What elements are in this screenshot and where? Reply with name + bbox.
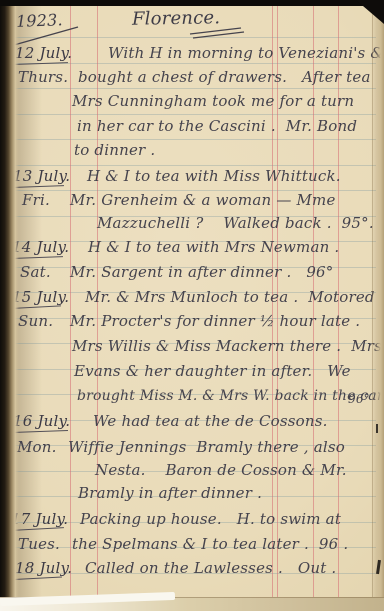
page-crease bbox=[372, 6, 373, 599]
entry-date: 12 July. bbox=[15, 44, 72, 62]
handwriting-layer: 1923. Florence. 12 July. Thurs. With H i… bbox=[0, 0, 384, 611]
page-title: Florence. bbox=[132, 9, 221, 29]
diary-photo: 1923. Florence. 12 July. Thurs. With H i… bbox=[0, 0, 384, 611]
entry-line: H & I to tea with Mrs Newman . bbox=[88, 238, 339, 256]
entry-line: Bramly in after dinner . bbox=[78, 484, 262, 502]
entry-date: 18 July. bbox=[15, 559, 72, 577]
date-underline bbox=[13, 62, 68, 65]
entry-line: Wiffie Jennings Bramly there , also bbox=[68, 438, 345, 456]
entry-line: Packing up house. H. to swim at bbox=[80, 510, 341, 528]
book-corner-top-right bbox=[356, 0, 384, 24]
binding-edge bbox=[0, 0, 19, 611]
entry-line: Mr. Grenheim & a woman — Mme bbox=[70, 191, 336, 209]
date-underline bbox=[14, 576, 62, 580]
entry-line: Mr. & Mrs Munloch to tea . Motored to bbox=[85, 288, 384, 306]
edge-ink-mark bbox=[376, 424, 378, 433]
entry-line: brought Miss M. & Mrs W. back in the car… bbox=[77, 387, 384, 405]
entry-day: Tues. bbox=[18, 535, 60, 553]
entry-date: 15 July. bbox=[12, 288, 69, 306]
date-underline bbox=[12, 185, 64, 188]
entry-line: bought a chest of drawers. After tea bbox=[78, 68, 371, 86]
entry-line: in her car to the Cascini . Mr. Bond bbox=[77, 117, 357, 135]
entry-day: Thurs. bbox=[18, 68, 68, 86]
entry-day: Mon. bbox=[17, 438, 57, 456]
entry-day: Sat. bbox=[20, 263, 51, 281]
entry-day: Fri. bbox=[22, 191, 50, 209]
entry-line: Mrs Cunningham took me for a turn bbox=[72, 92, 354, 110]
entry-line: Evans & her daughter in after. We bbox=[74, 362, 351, 380]
entry-line: Nesta. Baron de Cosson & Mr. bbox=[95, 461, 347, 479]
entry-line: the Spelmans & I to tea later . 96 . bbox=[72, 535, 348, 553]
entry-date: 14 July. bbox=[12, 238, 69, 256]
temp-annotation: 96° bbox=[348, 390, 370, 408]
entry-line: Called on the Lawlesses . Out . bbox=[85, 559, 336, 577]
entry-day: Sun. bbox=[18, 312, 53, 330]
entry-date: 17 July. bbox=[11, 510, 68, 528]
book-top-edge bbox=[0, 0, 384, 6]
diary-page: 1923. Florence. 12 July. Thurs. With H i… bbox=[0, 0, 384, 611]
entry-line: We had tea at the de Cossons. bbox=[93, 412, 328, 430]
year-heading: 1923. bbox=[16, 11, 63, 31]
date-underline bbox=[12, 430, 68, 433]
entry-line: Mazzuchelli ? Walked back . 95°. bbox=[97, 214, 374, 232]
entry-date: 16 July. bbox=[13, 412, 70, 430]
entry-line: to dinner . bbox=[74, 141, 155, 159]
entry-line: Mr. Sargent in after dinner . 96° bbox=[70, 263, 334, 281]
entry-line: With H in morning to Veneziani's & bbox=[108, 44, 384, 62]
entry-line: Mr. Procter's for dinner ½ hour late . bbox=[70, 312, 360, 330]
entry-line: H & I to tea with Miss Whittuck. bbox=[87, 167, 341, 185]
entry-line: Mrs Willis & Miss Mackern there . Mrs bbox=[72, 337, 382, 355]
entry-date: 13 July. bbox=[13, 167, 70, 185]
